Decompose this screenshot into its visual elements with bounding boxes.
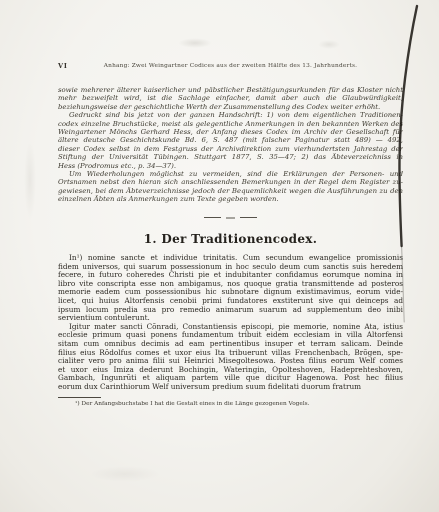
intro-text-line: Hess (Prodromus etc., p. 34—37). xyxy=(58,162,403,170)
intro-text-line: dieser Codex selbst in dem Festgruss der… xyxy=(58,145,403,153)
body-text-line: servientium contulerunt. xyxy=(58,314,403,323)
body-text-line: In¹) nomine sancte et individue trinitat… xyxy=(58,254,403,263)
latin-body-block: In¹) nomine sancte et individue trinitat… xyxy=(58,254,403,392)
running-header: Anhang: Zwei Weingartner Codices aus der… xyxy=(58,63,403,69)
intro-text-line: Weingartener Mönchs Gerhard Hess, der An… xyxy=(58,128,403,136)
scanned-book-page: VI Anhang: Zwei Weingartner Codices aus … xyxy=(0,0,439,512)
intro-text-line: Gedruckt sind bis jetzt von der ganzen H… xyxy=(58,111,403,119)
body-text-line: licet, qui huius Altorfensis cenobii pri… xyxy=(58,297,403,306)
body-text-line: Gambach, Ingunrŭti et aliquam partem vil… xyxy=(58,374,403,383)
intro-text-line: Um Wiederholungen möglichst zu vermeiden… xyxy=(58,170,403,178)
body-text-line: fidem universos, qui suarum possessionum… xyxy=(58,263,403,272)
body-text-line: memorie eadem cum possessionibus hic sub… xyxy=(58,288,403,297)
intro-text-line: ältere deutsche Geschichtskunde Bd. 6, S… xyxy=(58,136,403,144)
intro-text-line: mehr bezweifelt wird, ist die Sachlage e… xyxy=(58,94,403,102)
body-text-line: ipsum locum predia sua pro remedio anima… xyxy=(58,306,403,315)
body-text-line: Igitur mater sancti Cŏnradi, Constantien… xyxy=(58,323,403,332)
ornament-dash xyxy=(204,217,221,218)
footnote: ¹) Der Anfangsbuchstabe I hat die Gestal… xyxy=(58,401,403,407)
intro-text-line: Ortsnamen nebst den hieran sich anschlie… xyxy=(58,178,403,186)
body-text-line: et uxor eius Imiza dederunt Bochingin, W… xyxy=(58,366,403,375)
body-text-line: cialiter vero pro anima filii sui Heinri… xyxy=(58,357,403,366)
intro-text-line: gewiesen, bei dem Äbteverzeichnisse jedo… xyxy=(58,187,403,195)
text-column: VI Anhang: Zwei Weingartner Codices aus … xyxy=(58,0,403,512)
ornament-dash xyxy=(240,217,257,218)
body-text-line: libro vite conscripta esse non ambigamus… xyxy=(58,280,403,289)
intro-text-line: sowie mehrerer älterer kaiserlicher und … xyxy=(58,86,403,94)
body-text-line: fecere, in futuro coheredes Christi pie … xyxy=(58,271,403,280)
scan-smudge xyxy=(24,140,36,220)
intro-text-line: Stiftung der Universität Tübingen. Stutt… xyxy=(58,153,403,161)
intro-text-line: beziehungsweise der geschichtliche Werth… xyxy=(58,103,403,111)
footnote-rule xyxy=(58,397,101,398)
body-text-line: sitam cum omnibus decimis ad eam pertine… xyxy=(58,340,403,349)
intro-paragraph-block: sowie mehrerer älterer kaiserlicher und … xyxy=(58,86,403,203)
section-heading: 1. Der Traditionencodex. xyxy=(58,232,403,246)
intro-text-line: einzelnen Äbten als Anmerkungen zum Text… xyxy=(58,195,403,203)
separator-ornament xyxy=(58,217,403,218)
body-text-line: filius eius Rŏdolfus comes et uxor eius … xyxy=(58,349,403,358)
intro-text-line: codex einzelne Bruchstücke, meist als ge… xyxy=(58,120,403,128)
ornament-dash xyxy=(226,218,235,219)
body-text-line: ecclesie primum quasi ponens fundamentum… xyxy=(58,331,403,340)
body-text-line: eorum dux Carinthiorum Welf universum pr… xyxy=(58,383,403,392)
